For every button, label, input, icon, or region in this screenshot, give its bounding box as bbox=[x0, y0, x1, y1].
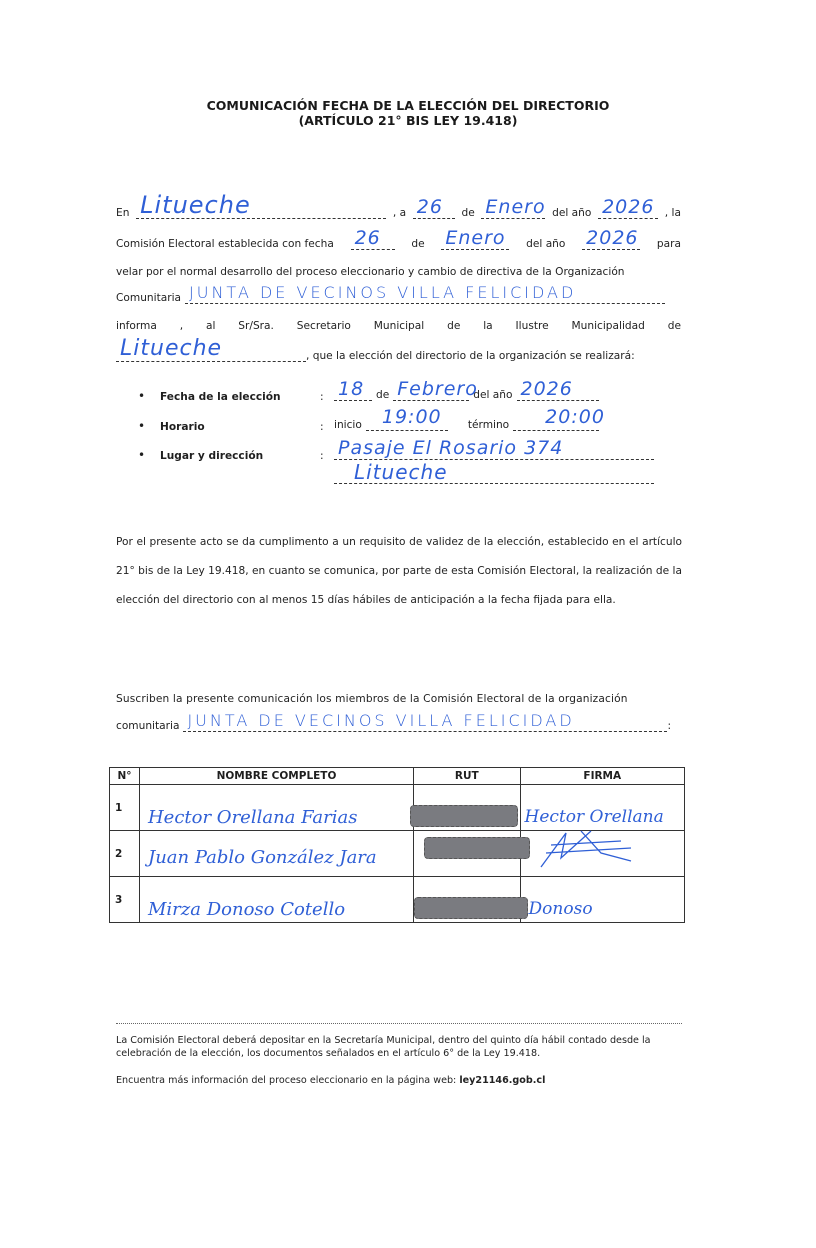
comision-day-value: 26 bbox=[355, 229, 381, 248]
intro-line-2: Comisión Electoral establecida con fecha… bbox=[116, 238, 681, 250]
month-value: Enero bbox=[485, 198, 545, 217]
member-name-cell: Mirza Donoso Cotello bbox=[139, 877, 413, 923]
row-number: 2 bbox=[110, 831, 140, 877]
horario-label: Horario bbox=[160, 421, 320, 433]
footer-link[interactable]: ley21146.gob.cl bbox=[459, 1075, 545, 1086]
fecha-day-value: 18 bbox=[338, 380, 364, 399]
bullet-lugar: • Lugar y dirección : bbox=[138, 448, 348, 462]
informa-word: Municipalidad bbox=[572, 320, 645, 332]
fecha-day-field[interactable]: 18 bbox=[334, 389, 372, 401]
intro-line-3: velar por el normal desarrollo del proce… bbox=[116, 266, 681, 278]
header-number: N° bbox=[110, 768, 140, 785]
inicio-value: 19:00 bbox=[382, 408, 442, 427]
row-number: 3 bbox=[110, 877, 140, 923]
rut-cell bbox=[414, 785, 521, 831]
comision-text: Comisión Electoral establecida con fecha bbox=[116, 238, 334, 250]
que-text: , que la elección del directorio de la o… bbox=[306, 350, 635, 362]
label-la: , la bbox=[665, 207, 681, 219]
suscriben-text: Suscriben la presente comunicación los m… bbox=[116, 693, 628, 705]
member-name-cell: Juan Pablo González Jara bbox=[139, 831, 413, 877]
label-para: para bbox=[657, 238, 681, 250]
intro-line-4: Comunitaria JUNTA DE VECINOS VILLA FELIC… bbox=[116, 292, 681, 304]
informa-word: , bbox=[180, 320, 183, 332]
row-number: 1 bbox=[110, 785, 140, 831]
informa-word: la bbox=[483, 320, 492, 332]
fecha-year-field[interactable]: 2026 bbox=[517, 389, 599, 401]
intro-line-6: Litueche , que la elección del directori… bbox=[116, 350, 681, 362]
year-value: 2026 bbox=[602, 198, 654, 217]
label-de: de bbox=[376, 389, 389, 401]
lugar-line2-value: Litueche bbox=[354, 462, 448, 482]
horario-fields: inicio 19:00 término 20:00 bbox=[334, 419, 599, 431]
informa-word: Secretario bbox=[297, 320, 351, 332]
velar-text: velar por el normal desarrollo del proce… bbox=[116, 266, 625, 278]
signature-scribble bbox=[521, 823, 671, 873]
rut-cell bbox=[414, 831, 521, 877]
member-name: Juan Pablo González Jara bbox=[148, 847, 377, 868]
bullet-icon: • bbox=[138, 419, 160, 433]
label-de: de bbox=[461, 207, 474, 219]
comision-month-field[interactable]: Enero bbox=[441, 238, 509, 250]
label-en: En bbox=[116, 207, 129, 219]
footer-info: Encuentra más información del proceso el… bbox=[116, 1074, 686, 1087]
label-del-anio: del año bbox=[526, 238, 565, 250]
organization-value: JUNTA DE VECINOS VILLA FELICIDAD bbox=[189, 283, 576, 302]
inicio-field[interactable]: 19:00 bbox=[366, 419, 448, 431]
comunitaria-label: Comunitaria bbox=[116, 292, 181, 304]
redaction-block bbox=[410, 805, 518, 827]
termino-value: 20:00 bbox=[545, 408, 605, 427]
place-value: Litueche bbox=[140, 193, 251, 217]
day-value: 26 bbox=[417, 198, 443, 217]
bullet-icon: • bbox=[138, 389, 160, 403]
fecha-year-value: 2026 bbox=[521, 380, 573, 399]
comision-month-value: Enero bbox=[445, 229, 505, 248]
label-del-anio: del año bbox=[552, 207, 591, 219]
firma-cell bbox=[520, 831, 684, 877]
member-name: Hector Orellana Farias bbox=[148, 807, 357, 828]
firma-cell: Donoso bbox=[520, 877, 684, 923]
year-field[interactable]: 2026 bbox=[598, 207, 658, 219]
label-a: , a bbox=[393, 207, 406, 219]
document-title-line2: (ARTÍCULO 21° BIS LEY 19.418) bbox=[0, 113, 816, 128]
members-table: N° NOMBRE COMPLETO RUT FIRMA 1 Hector Or… bbox=[109, 767, 685, 923]
fecha-month-field[interactable]: Febrero bbox=[393, 389, 469, 401]
table-header-row: N° NOMBRE COMPLETO RUT FIRMA bbox=[110, 768, 685, 785]
fecha-fields: 18 de Febrero del año 2026 bbox=[334, 389, 599, 401]
informa-word: Municipal bbox=[374, 320, 424, 332]
bullet-icon: • bbox=[138, 448, 160, 462]
header-rut: RUT bbox=[414, 768, 521, 785]
inicio-label: inicio bbox=[334, 419, 362, 431]
lugar-field-2[interactable]: Litueche bbox=[334, 472, 654, 487]
place-field[interactable]: Litueche bbox=[136, 207, 386, 219]
footer-note: La Comisión Electoral deberá depositar e… bbox=[116, 1034, 686, 1060]
organization-field[interactable]: JUNTA DE VECINOS VILLA FELICIDAD bbox=[185, 292, 665, 304]
suscriben-line: Suscriben la presente comunicación los m… bbox=[116, 693, 681, 705]
header-name: NOMBRE COMPLETO bbox=[139, 768, 413, 785]
informa-word: de bbox=[668, 320, 681, 332]
municipality-value: Litueche bbox=[120, 338, 222, 360]
termino-field[interactable]: 20:00 bbox=[513, 419, 599, 431]
member-name: Mirza Donoso Cotello bbox=[148, 899, 345, 920]
informa-word: Sr/Sra. bbox=[238, 320, 274, 332]
redaction-block bbox=[414, 897, 528, 919]
day-field[interactable]: 26 bbox=[413, 207, 455, 219]
organization-value-2: JUNTA DE VECINOS VILLA FELICIDAD bbox=[187, 711, 574, 730]
header-firma: FIRMA bbox=[520, 768, 684, 785]
redaction-block bbox=[424, 837, 530, 859]
fecha-label: Fecha de la elección bbox=[160, 391, 320, 403]
label-del-anio: del año bbox=[473, 389, 512, 401]
lugar-label: Lugar y dirección bbox=[160, 450, 320, 462]
table-row: 3 Mirza Donoso Cotello Donoso bbox=[110, 877, 685, 923]
organization-field-2[interactable]: JUNTA DE VECINOS VILLA FELICIDAD bbox=[183, 720, 667, 732]
table-row: 2 Juan Pablo González Jara bbox=[110, 831, 685, 877]
comunitaria-label-2: comunitaria bbox=[116, 720, 179, 732]
intro-line-5: informa,alSr/Sra.SecretarioMunicipaldela… bbox=[116, 320, 681, 332]
fecha-month-value: Febrero bbox=[397, 380, 478, 399]
comision-day-field[interactable]: 26 bbox=[351, 238, 395, 250]
bullet-horario: • Horario : bbox=[138, 419, 348, 433]
rut-cell bbox=[414, 877, 521, 923]
validity-paragraph: Por el presente acto se da cumplimento a… bbox=[116, 528, 682, 615]
month-field[interactable]: Enero bbox=[481, 207, 545, 219]
document-title-line1: COMUNICACIÓN FECHA DE LA ELECCIÓN DEL DI… bbox=[0, 98, 816, 113]
informa-word: Ilustre bbox=[516, 320, 549, 332]
member-name-cell: Hector Orellana Farias bbox=[139, 785, 413, 831]
informa-word: informa bbox=[116, 320, 157, 332]
municipality-field[interactable]: Litueche bbox=[116, 350, 306, 362]
signature: Donoso bbox=[529, 899, 593, 919]
termino-label: término bbox=[468, 419, 509, 431]
comision-year-field[interactable]: 2026 bbox=[582, 238, 640, 250]
intro-line-1: En Litueche , a 26 de Enero del año 2026… bbox=[116, 207, 681, 219]
footer-divider bbox=[116, 1023, 682, 1024]
comision-year-value: 2026 bbox=[586, 229, 638, 248]
informa-word: al bbox=[206, 320, 215, 332]
footer-info-text: Encuentra más información del proceso el… bbox=[116, 1075, 456, 1086]
comunitaria-line-2: comunitaria JUNTA DE VECINOS VILLA FELIC… bbox=[116, 720, 681, 732]
informa-word: de bbox=[447, 320, 460, 332]
label-de: de bbox=[411, 238, 424, 250]
lugar-line1-value: Pasaje El Rosario 374 bbox=[338, 439, 563, 458]
